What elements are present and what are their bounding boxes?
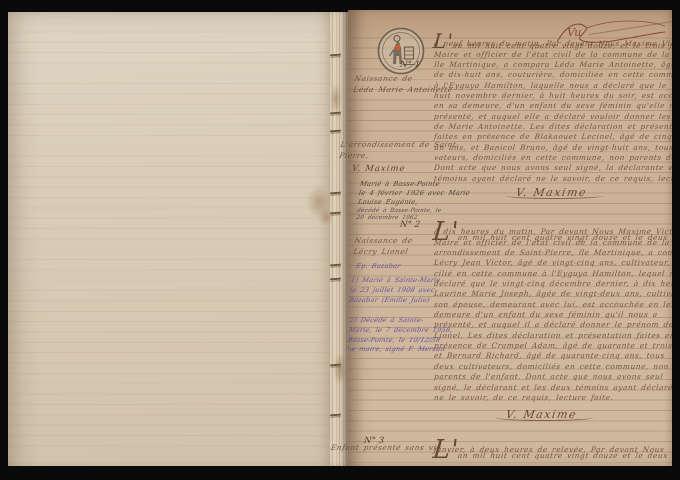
document-scan: Vu N° 1 Naissance deLéda Marie Antoinett… [0, 0, 680, 480]
handwritten-line: arrondissement de Saint-Pierre, île Mart… [433, 248, 672, 258]
handwritten-line: 1) Marié à Sainte-Marie [350, 276, 441, 286]
handwritten-line: demeure d'un enfant du sexe féminin qu'i… [433, 310, 672, 320]
handwritten-line: présenté, et auquel il a déclaré donner … [433, 320, 672, 330]
handwritten-line: Pierre, [338, 150, 459, 161]
margin-signature: V. Maxime [351, 164, 406, 174]
handwritten-line: Lécry Lionel [352, 246, 412, 257]
handwritten-line: présenté, et auquel elle a déclaré voulo… [433, 112, 672, 122]
handwritten-line: Enfant présenté sans vie [330, 442, 443, 453]
entry-body: L'an mil huit cent quatre vingt douze et… [434, 435, 672, 456]
handwritten-line: à neuf heures du matin, Par devant Nous … [433, 39, 672, 49]
handwritten-line: Louise Eugénie, [357, 198, 470, 207]
handwritten-line: de dix-huit ans, couturière, domiciliée … [433, 70, 672, 80]
handwritten-line: signé, le déclarant et les deux témoins … [433, 383, 672, 393]
handwritten-line: Lionel. Les dites déclaration et présent… [433, 331, 672, 341]
handwritten-line: Dont acte que nous avons seul signé, la … [433, 163, 672, 173]
handwritten-line: L'an mil huit cent quatre vingt douze et… [433, 435, 672, 445]
handwritten-line: Laurine Marie Joseph, âgée de vingt-deux… [433, 289, 672, 299]
entry-body: L'an mil huit cent quatre vingt douze et… [434, 217, 672, 403]
entry-body: L'an mil huit cent quatre vingt douze, e… [434, 29, 672, 184]
handwritten-line: témoins ayant déclaré ne le savoir, de c… [433, 174, 672, 184]
handwritten-line: huit novembre dernier, à huit heures du … [433, 91, 672, 101]
entry-number: N° 2 [399, 220, 420, 230]
handwritten-line: un ans, et Banicol Bruno, âgé de vingt-h… [433, 143, 672, 153]
handwritten-line: île Martinique, a comparu Léda Marie Ant… [433, 60, 672, 70]
margin-annotation-purple: Ep. Bazabar [355, 262, 400, 272]
binding-edge [330, 12, 348, 466]
handwritten-line: de Marie Antoinette. Les dites déclarati… [433, 122, 672, 132]
right-page: Vu N° 1 Naissance deLéda Marie Antoinett… [348, 10, 672, 466]
handwritten-line: Lécry Jean Victor, âgé de vingt-cinq ans… [433, 258, 672, 268]
handwritten-line: Bazabar (Emilie Julie) [348, 296, 439, 306]
handwritten-line: L'arrondissement de Saint- [339, 139, 460, 150]
handwritten-line: le 23 juillet 1908 avec [349, 286, 440, 296]
handwritten-line: vateurs, domiciliés en cette commune, no… [433, 153, 672, 163]
entry-number: N° 1 [399, 60, 420, 70]
left-page [8, 12, 330, 466]
handwritten-line: ne le savoir, de ce requis, lecture fait… [433, 393, 672, 403]
handwritten-line: L'an mil huit cent quatre vingt douze et… [433, 217, 672, 227]
margin-place-note: L'arrondissement de Saint-Pierre, [339, 139, 460, 161]
officer-signature: V. Maxime [505, 408, 578, 421]
handwritten-line: et Bernard Richard, âgé de quarante-cinq… [433, 351, 672, 361]
ruled-lines-faint [8, 22, 330, 466]
handwritten-line: faites en présence de Blakaouet Lecinel,… [433, 132, 672, 142]
handwritten-line: son épouse, demeurant avec lui, est acco… [433, 300, 672, 310]
officer-signature: V. Maxime [515, 186, 588, 199]
handwritten-line: à dix heures du matin, Par devant Nous M… [433, 227, 672, 237]
handwritten-line: Maire et officier de l'état civil de la … [433, 50, 672, 60]
handwritten-line: L'an mil huit cent quatre vingt douze, e… [433, 29, 672, 39]
handwritten-line: présence de Crampel Adam, âgé de quarant… [433, 341, 672, 351]
handwritten-line: parents de l'enfant. Dont acte que nous … [433, 372, 672, 382]
margin-annotation-purple: 1) Marié à Sainte-Mariele 23 juillet 190… [348, 276, 440, 305]
handwritten-line: Ep. Bazabar [355, 262, 401, 272]
margin-title: Naissance deLécry Lionel [353, 235, 413, 257]
handwritten-line: à l'Eyguya Hamilton, laquelle nous a déc… [433, 81, 672, 91]
handwritten-line: en sa demeure, d'un enfant du sexe fémin… [433, 101, 672, 111]
margin-title: Enfant présenté sans vie [330, 442, 442, 453]
handwritten-line: Naissance de [353, 235, 413, 246]
handwritten-line: janvier, à deux heures de relevée, Par d… [433, 445, 672, 455]
handwritten-line: deux cultivateurs, domiciliés en cette c… [433, 362, 672, 372]
handwritten-line: déclaré que le vingt-cinq décembre derni… [433, 279, 672, 289]
handwritten-line: cilié en cette commune à l'Eyguya Hamilt… [433, 269, 672, 279]
handwritten-line: Maire et officier de l'état civil de la … [433, 238, 672, 248]
